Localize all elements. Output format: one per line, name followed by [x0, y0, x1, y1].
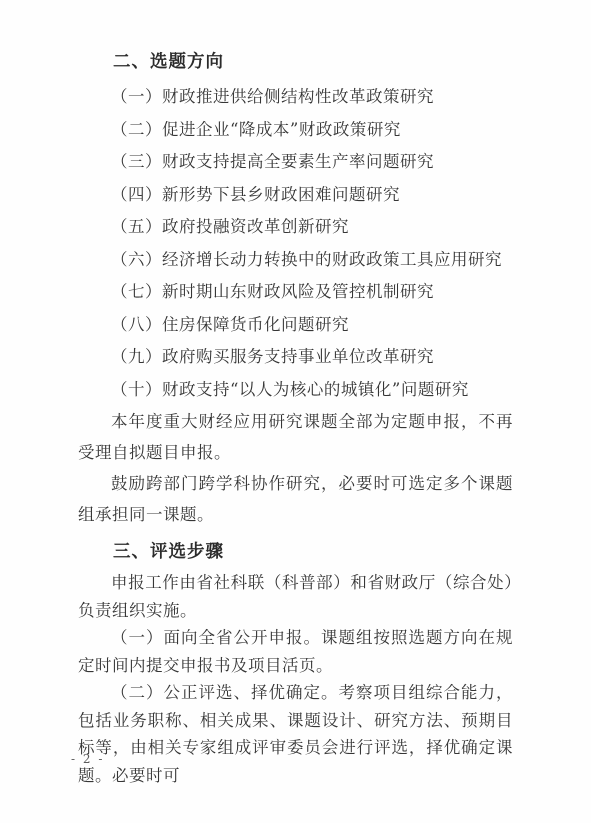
- topic-item-5: （五）政府投融资改革创新研究: [78, 211, 513, 244]
- page-number: - 2 -: [71, 752, 104, 766]
- paragraph-cross-department: 鼓励跨部门跨学科协作研究，必要时可选定多个课题组承担同一课题。: [78, 468, 513, 530]
- topic-item-10: （十）财政支持“以人为核心的城镇化”问题研究: [78, 374, 513, 407]
- topic-item-2: （二）促进企业“降成本”财政政策研究: [78, 114, 513, 147]
- topic-item-7: （七）新时期山东财政风险及管控机制研究: [78, 276, 513, 309]
- topic-item-4: （四）新形势下县乡财政困难问题研究: [78, 179, 513, 212]
- document-page: 二、选题方向 （一）财政推进供给侧结构性改革政策研究 （二）促进企业“降成本”财…: [0, 0, 591, 823]
- paragraph-fixed-topics: 本年度重大财经应用研究课题全部为定题申报，不再受理自拟题目申报。: [78, 406, 513, 468]
- section-heading-selection-steps: 三、评选步骤: [78, 537, 513, 567]
- topic-item-3: （三）财政支持提高全要素生产率问题研究: [78, 146, 513, 179]
- topic-item-9: （九）政府购买服务支持事业单位改革研究: [78, 341, 513, 374]
- paragraph-open-application: （一）面向全省公开申报。课题组按照选题方向在规定时间内提交申报书及项目活页。: [78, 624, 513, 679]
- topic-item-8: （八）住房保障货币化问题研究: [78, 309, 513, 342]
- topic-item-1: （一）财政推进供给侧结构性改革政策研究: [78, 81, 513, 114]
- topic-item-6: （六）经济增长动力转换中的财政政策工具应用研究: [78, 244, 513, 277]
- paragraph-organizers: 申报工作由省社科联（科普部）和省财政厅（综合处）负责组织实施。: [78, 569, 513, 624]
- section-selection-steps: 三、评选步骤 申报工作由省社科联（科普部）和省财政厅（综合处）负责组织实施。 （…: [78, 537, 513, 789]
- paragraph-fair-selection: （二）公正评选、择优确定。考察项目组综合能力，包括业务职称、相关成果、课题设计、…: [78, 679, 513, 789]
- section-topic-directions: 二、选题方向 （一）财政推进供给侧结构性改革政策研究 （二）促进企业“降成本”财…: [78, 46, 513, 530]
- section-heading-topic-directions: 二、选题方向: [78, 46, 513, 78]
